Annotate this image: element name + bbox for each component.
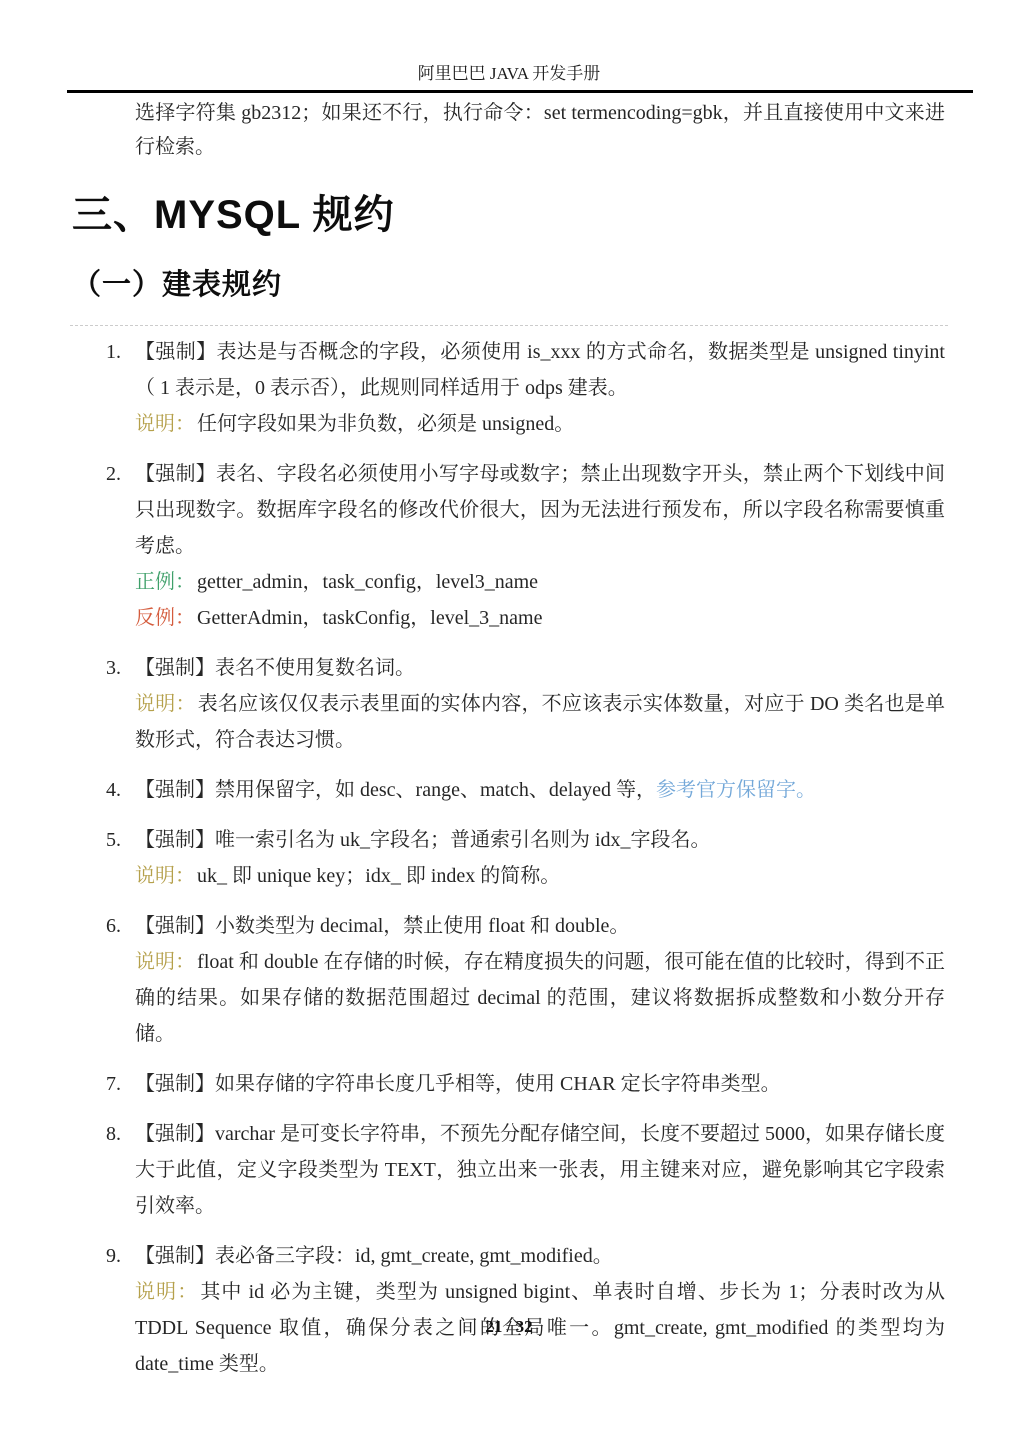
enforcement-label: 【强制】 xyxy=(135,463,216,485)
rule-body: 【强制】表达是与否概念的字段，必须使用 is_xxx 的方式命名，数据类型是 u… xyxy=(135,334,945,442)
note-tag: 反例： xyxy=(135,607,195,629)
rule-number: 9. xyxy=(73,1238,135,1382)
rule-notes: 说明：任何字段如果为非负数，必须是 unsigned。 xyxy=(135,406,945,442)
enforcement-label: 【强制】 xyxy=(135,915,215,937)
note-text: GetterAdmin，taskConfig，level_3_name xyxy=(197,607,542,629)
rule-note: 正例：getter_admin，task_config，level3_name xyxy=(135,564,945,600)
header-rule-line xyxy=(67,90,973,93)
page-number: 21 / 32 xyxy=(0,1315,1018,1339)
rule-item: 5. 【强制】唯一索引名为 uk_字段名；普通索引名则为 idx_字段名。 说明… xyxy=(73,822,945,894)
rule-number: 6. xyxy=(73,908,135,1052)
subsection-heading: （一）建表规约 xyxy=(72,267,282,303)
rule-text: 【强制】禁用保留字，如 desc、range、match、delayed 等，参… xyxy=(135,772,945,808)
rule-body: 【强制】表名、字段名必须使用小写字母或数字；禁止出现数字开头，禁止两个下划线中间… xyxy=(135,456,945,636)
rule-text: 【强制】唯一索引名为 uk_字段名；普通索引名则为 idx_字段名。 xyxy=(135,822,945,858)
rule-item: 3. 【强制】表名不使用复数名词。 说明：表名应该仅仅表示表里面的实体内容，不应… xyxy=(73,650,945,758)
note-text: 表名应该仅仅表示表里面的实体内容，不应该表示实体数量，对应于 DO 类名也是单数… xyxy=(135,693,945,751)
rule-number: 5. xyxy=(73,822,135,894)
rule-statement: 小数类型为 decimal，禁止使用 float 和 double。 xyxy=(215,915,629,937)
note-tag: 说明： xyxy=(135,413,195,435)
rule-notes: 说明：float 和 double 在存储的时候，存在精度损失的问题，很可能在值… xyxy=(135,944,945,1052)
rule-statement: 禁用保留字，如 desc、range、match、delayed 等， xyxy=(215,779,656,801)
rule-text: 【强制】表名不使用复数名词。 xyxy=(135,650,945,686)
note-tag: 说明： xyxy=(135,865,195,887)
intro-paragraph: 选择字符集 gb2312；如果还不行，执行命令：set termencoding… xyxy=(135,96,945,164)
rule-statement: varchar 是可变长字符串，不预先分配存储空间，长度不要超过 5000，如果… xyxy=(135,1123,945,1217)
document-page: 阿里巴巴 JAVA 开发手册 选择字符集 gb2312；如果还不行，执行命令：s… xyxy=(0,0,1018,1440)
rule-item: 7. 【强制】如果存储的字符串长度几乎相等，使用 CHAR 定长字符串类型。 xyxy=(73,1066,945,1102)
rule-note: 反例：GetterAdmin，taskConfig，level_3_name xyxy=(135,600,945,636)
rule-body: 【强制】禁用保留字，如 desc、range、match、delayed 等，参… xyxy=(135,772,945,808)
rule-note: 说明：表名应该仅仅表示表里面的实体内容，不应该表示实体数量，对应于 DO 类名也… xyxy=(135,686,945,758)
note-tag: 说明： xyxy=(135,1281,198,1303)
note-tag: 说明： xyxy=(135,693,196,715)
rule-number: 3. xyxy=(73,650,135,758)
rule-statement: 唯一索引名为 uk_字段名；普通索引名则为 idx_字段名。 xyxy=(215,829,711,851)
rule-text: 【强制】表名、字段名必须使用小写字母或数字；禁止出现数字开头，禁止两个下划线中间… xyxy=(135,456,945,564)
rule-item: 1. 【强制】表达是与否概念的字段，必须使用 is_xxx 的方式命名，数据类型… xyxy=(73,334,945,442)
rule-number: 2. xyxy=(73,456,135,636)
rule-body: 【强制】如果存储的字符串长度几乎相等，使用 CHAR 定长字符串类型。 xyxy=(135,1066,945,1102)
rule-text: 【强制】如果存储的字符串长度几乎相等，使用 CHAR 定长字符串类型。 xyxy=(135,1066,945,1102)
note-text: getter_admin，task_config，level3_name xyxy=(197,571,538,593)
rule-number: 4. xyxy=(73,772,135,808)
enforcement-label: 【强制】 xyxy=(135,1073,215,1095)
rule-notes: 说明：uk_ 即 unique key；idx_ 即 index 的简称。 xyxy=(135,858,945,894)
rule-statement: 表名不使用复数名词。 xyxy=(215,657,415,679)
section-heading: 三、MYSQL 规约 xyxy=(72,192,395,238)
note-tag: 说明： xyxy=(135,951,195,973)
reserved-words-link[interactable]: 参考官方保留字。 xyxy=(656,779,816,801)
rule-notes: 说明：表名应该仅仅表示表里面的实体内容，不应该表示实体数量，对应于 DO 类名也… xyxy=(135,686,945,758)
rule-notes: 正例：getter_admin，task_config，level3_name … xyxy=(135,564,945,636)
enforcement-label: 【强制】 xyxy=(135,657,215,679)
rule-note: 说明：float 和 double 在存储的时候，存在精度损失的问题，很可能在值… xyxy=(135,944,945,1052)
rule-body: 【强制】表必备三字段：id, gmt_create, gmt_modified。… xyxy=(135,1238,945,1382)
rule-item: 2. 【强制】表名、字段名必须使用小写字母或数字；禁止出现数字开头，禁止两个下划… xyxy=(73,456,945,636)
rule-body: 【强制】小数类型为 decimal，禁止使用 float 和 double。 说… xyxy=(135,908,945,1052)
note-text: uk_ 即 unique key；idx_ 即 index 的简称。 xyxy=(197,865,560,887)
page-header-title: 阿里巴巴 JAVA 开发手册 xyxy=(0,62,1018,86)
enforcement-label: 【强制】 xyxy=(135,829,215,851)
rule-text: 【强制】小数类型为 decimal，禁止使用 float 和 double。 xyxy=(135,908,945,944)
enforcement-label: 【强制】 xyxy=(135,1245,215,1267)
note-tag: 正例： xyxy=(135,571,195,593)
rule-note: 说明：uk_ 即 unique key；idx_ 即 index 的简称。 xyxy=(135,858,945,894)
note-text: float 和 double 在存储的时候，存在精度损失的问题，很可能在值的比较… xyxy=(135,951,945,1045)
rule-body: 【强制】表名不使用复数名词。 说明：表名应该仅仅表示表里面的实体内容，不应该表示… xyxy=(135,650,945,758)
rule-note: 说明：任何字段如果为非负数，必须是 unsigned。 xyxy=(135,406,945,442)
rule-text: 【强制】表必备三字段：id, gmt_create, gmt_modified。 xyxy=(135,1238,945,1274)
note-text: 任何字段如果为非负数，必须是 unsigned。 xyxy=(197,413,574,435)
rule-number: 7. xyxy=(73,1066,135,1102)
rule-number: 1. xyxy=(73,334,135,442)
rule-statement: 如果存储的字符串长度几乎相等，使用 CHAR 定长字符串类型。 xyxy=(215,1073,781,1095)
rule-item: 6. 【强制】小数类型为 decimal，禁止使用 float 和 double… xyxy=(73,908,945,1052)
rule-statement: 表达是与否概念的字段，必须使用 is_xxx 的方式命名，数据类型是 unsig… xyxy=(135,341,945,399)
rule-statement: 表名、字段名必须使用小写字母或数字；禁止出现数字开头，禁止两个下划线中间只出现数… xyxy=(135,463,945,557)
rules-list: 1. 【强制】表达是与否概念的字段，必须使用 is_xxx 的方式命名，数据类型… xyxy=(73,334,945,1396)
enforcement-label: 【强制】 xyxy=(135,1123,215,1145)
rule-statement: 表必备三字段：id, gmt_create, gmt_modified。 xyxy=(215,1245,613,1267)
section-divider xyxy=(70,325,948,326)
enforcement-label: 【强制】 xyxy=(135,341,216,363)
rule-item: 9. 【强制】表必备三字段：id, gmt_create, gmt_modifi… xyxy=(73,1238,945,1382)
rule-body: 【强制】varchar 是可变长字符串，不预先分配存储空间，长度不要超过 500… xyxy=(135,1116,945,1224)
rule-number: 8. xyxy=(73,1116,135,1224)
rule-item: 4. 【强制】禁用保留字，如 desc、range、match、delayed … xyxy=(73,772,945,808)
rule-text: 【强制】表达是与否概念的字段，必须使用 is_xxx 的方式命名，数据类型是 u… xyxy=(135,334,945,406)
rule-body: 【强制】唯一索引名为 uk_字段名；普通索引名则为 idx_字段名。 说明：uk… xyxy=(135,822,945,894)
rule-item: 8. 【强制】varchar 是可变长字符串，不预先分配存储空间，长度不要超过 … xyxy=(73,1116,945,1224)
rule-text: 【强制】varchar 是可变长字符串，不预先分配存储空间，长度不要超过 500… xyxy=(135,1116,945,1224)
enforcement-label: 【强制】 xyxy=(135,779,215,801)
